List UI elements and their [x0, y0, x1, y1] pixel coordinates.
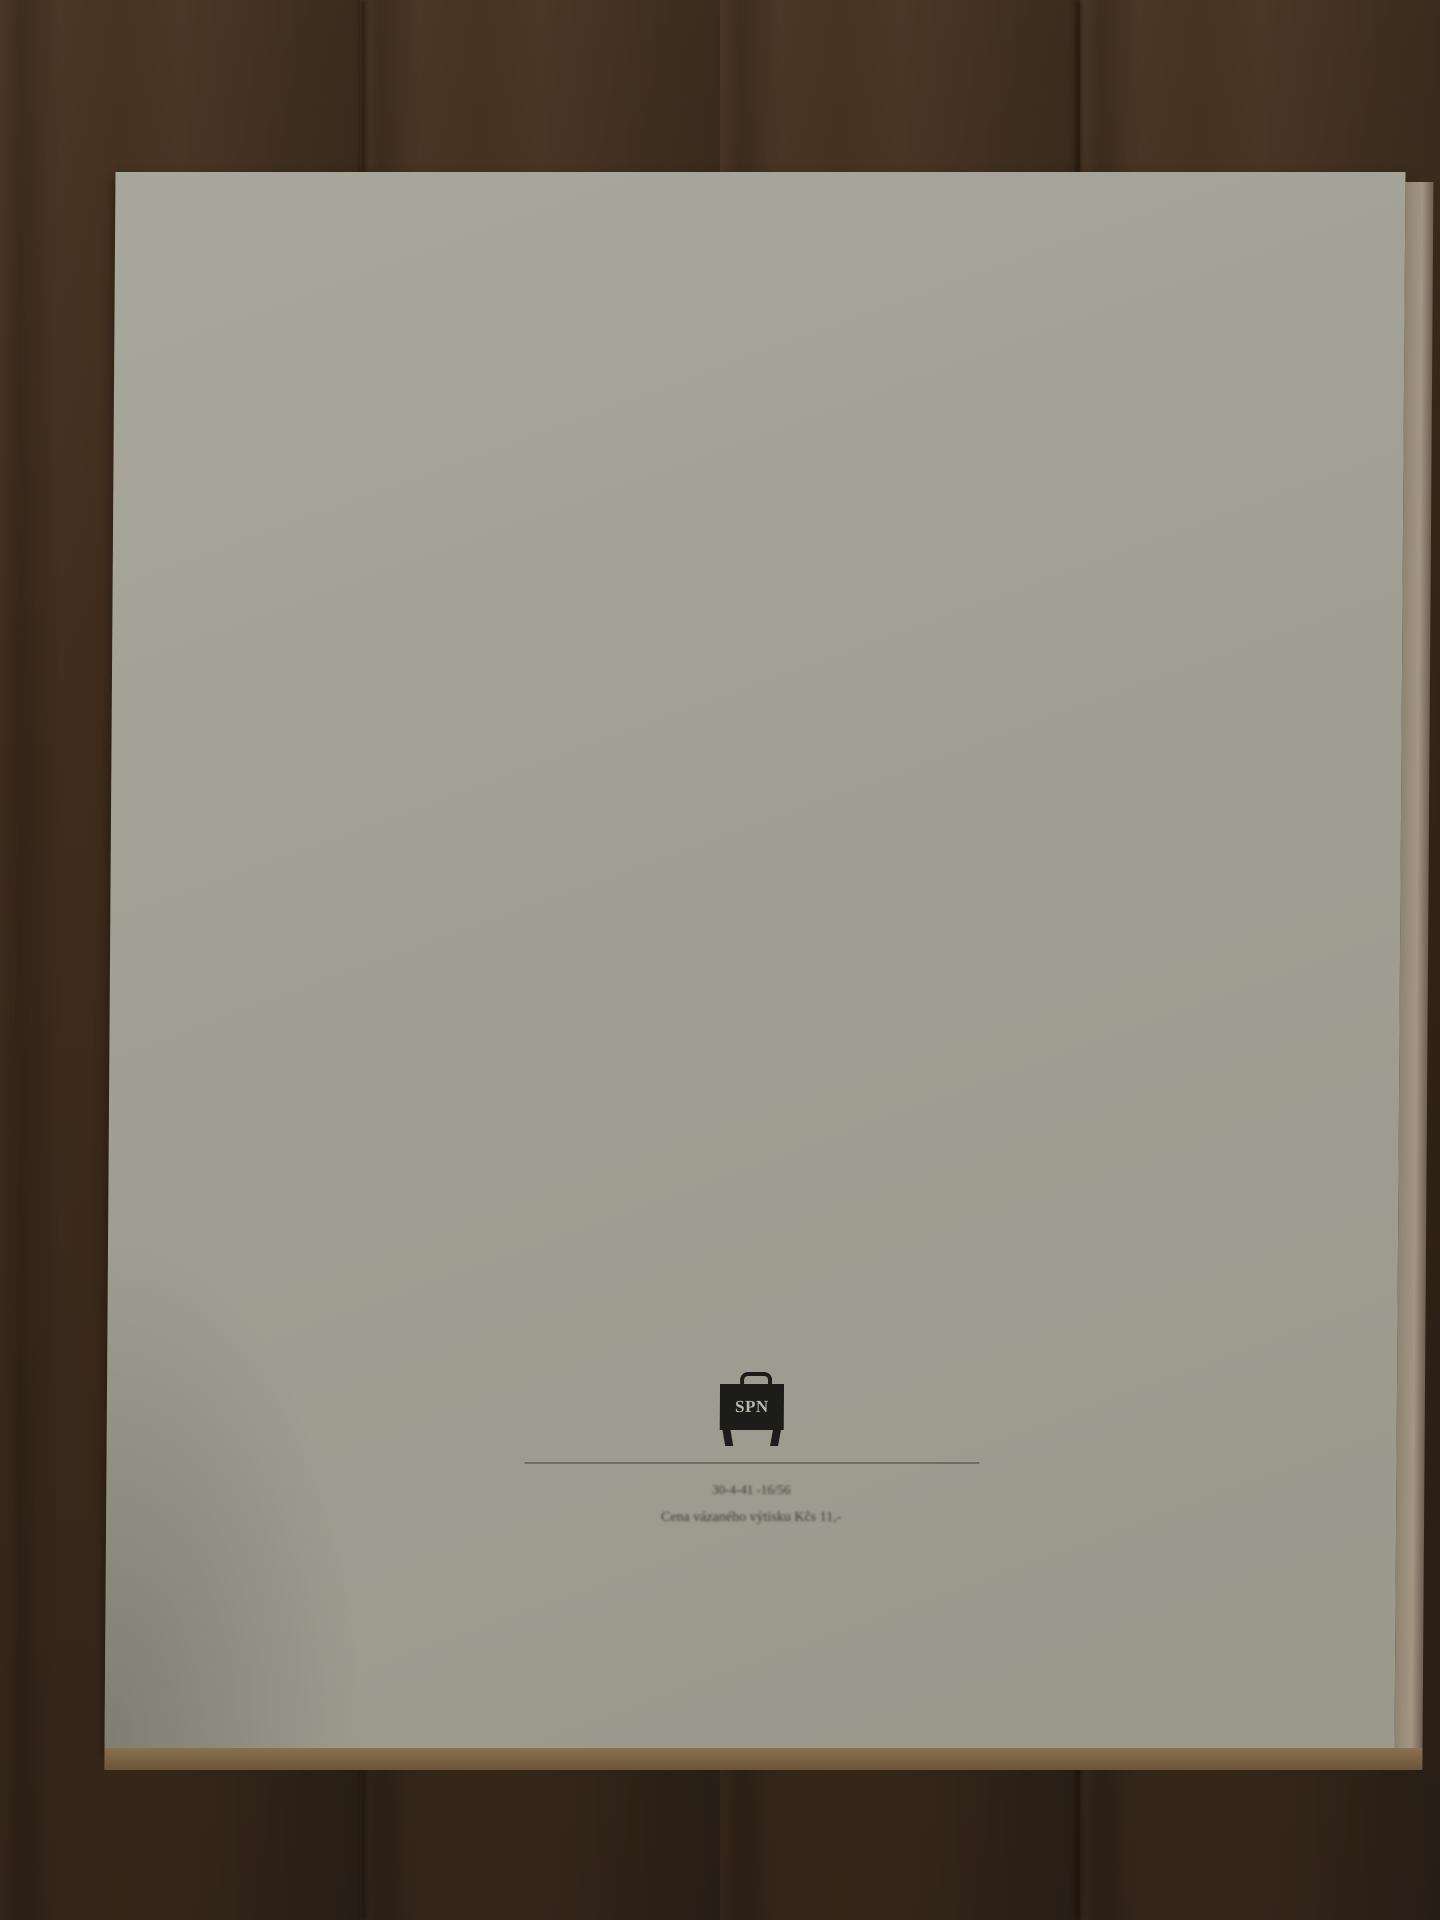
logo-text: SPN [720, 1384, 784, 1430]
price-line: Cena vázaného výtisku Kčs 11,- [661, 1510, 841, 1526]
publisher-imprint: SPN 30-4-41 -16/56 Cena vázaného výtisku… [106, 1372, 1397, 1526]
catalog-code: 30-4-41 -16/56 [712, 1482, 790, 1498]
book-back-cover: SPN 30-4-41 -16/56 Cena vázaného výtisku… [104, 172, 1405, 1748]
book-bottom-edge [104, 1748, 1422, 1770]
book-page-edge [1394, 182, 1433, 1762]
divider [524, 1462, 979, 1464]
spn-publisher-logo-icon: SPN [716, 1372, 789, 1448]
